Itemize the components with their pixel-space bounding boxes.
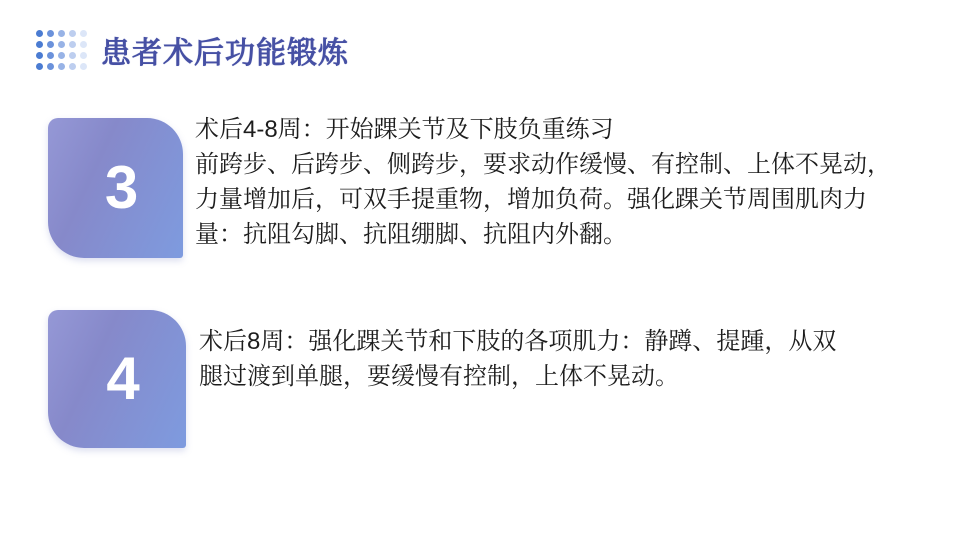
dot bbox=[47, 52, 54, 59]
dot bbox=[58, 63, 65, 70]
dot bbox=[69, 41, 76, 48]
dot bbox=[80, 52, 87, 59]
dot bbox=[69, 63, 76, 70]
dot bbox=[69, 52, 76, 59]
dot bbox=[80, 63, 87, 70]
dot bbox=[36, 63, 43, 70]
step-number-badge-3: 3 bbox=[48, 118, 183, 258]
dot bbox=[47, 63, 54, 70]
dot bbox=[36, 41, 43, 48]
step-number-4: 4 bbox=[94, 349, 139, 409]
step-text-4: 术后8周：强化踝关节和下肢的各项肌力：静蹲、提踵，从双 腿过渡到单腿，要缓慢有控… bbox=[199, 324, 899, 394]
slide-header: 患者术后功能锻炼 bbox=[36, 28, 349, 72]
dot bbox=[80, 41, 87, 48]
presentation-slide: 患者术后功能锻炼 3 术后4-8周：开始踝关节及下肢负重练习 前跨步、后跨步、侧… bbox=[0, 0, 960, 540]
dot bbox=[80, 30, 87, 37]
dot-grid-icon bbox=[36, 30, 87, 70]
dot bbox=[58, 41, 65, 48]
dot bbox=[58, 30, 65, 37]
step-number-3: 3 bbox=[93, 158, 138, 218]
page-title: 患者术后功能锻炼 bbox=[101, 28, 349, 72]
step-number-badge-4: 4 bbox=[48, 310, 186, 448]
dot bbox=[58, 52, 65, 59]
dot bbox=[47, 41, 54, 48]
dot bbox=[36, 30, 43, 37]
step-text-3: 术后4-8周：开始踝关节及下肢负重练习 前跨步、后跨步、侧跨步，要求动作缓慢、有… bbox=[195, 112, 910, 252]
dot bbox=[36, 52, 43, 59]
dot bbox=[69, 30, 76, 37]
dot bbox=[47, 30, 54, 37]
